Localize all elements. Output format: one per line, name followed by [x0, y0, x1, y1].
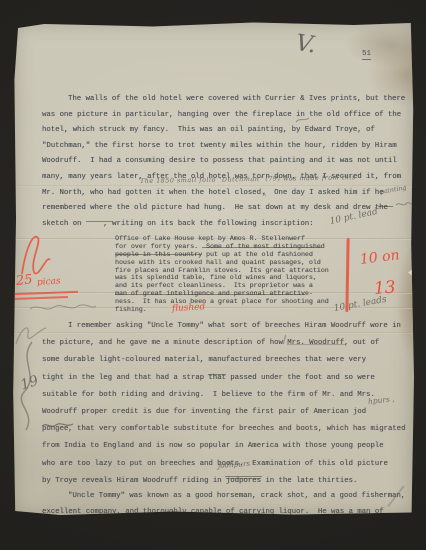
- strikethrough-quote: [115, 294, 305, 295]
- typed-line: "Uncle Tommy" was known as a good horsem…: [42, 488, 412, 504]
- red-flushed-note: flushed: [172, 302, 206, 314]
- red-picas-word: picas: [37, 276, 61, 288]
- typed-line: ness. It has also been a great place for…: [115, 298, 351, 306]
- typed-line: I remember asking "Uncle Tommy" what sor…: [42, 318, 412, 335]
- paper-tear: [408, 268, 414, 277]
- pencil-tick-mark: [295, 116, 311, 124]
- page-number: 51: [362, 50, 371, 60]
- typed-line: Woodruff. I had a consuming desire to po…: [42, 154, 412, 170]
- strikethrough-quote: [202, 247, 322, 248]
- strikethrough-word: [225, 476, 262, 477]
- pencil-underline: [287, 344, 345, 345]
- typed-line: was one picture in particular, hanging o…: [42, 108, 412, 124]
- manuscript-scan: V. 51 The walls of the old hotel were co…: [0, 0, 426, 550]
- pencil-scribble: [28, 300, 98, 316]
- typed-line: Mr. North, who had gotten it when the ho…: [42, 186, 412, 202]
- typed-line: pongee, that very comfortable substitute…: [42, 421, 412, 438]
- red-picas-number: 25: [15, 272, 33, 289]
- pencil-strike-scribble: [41, 421, 75, 430]
- strikethrough-word: [208, 374, 226, 375]
- typed-line: from India to England and is now so popu…: [42, 438, 412, 455]
- typed-line: The walls of the old hotel were covered …: [42, 92, 412, 108]
- strikethrough-the: [378, 206, 393, 207]
- typed-line: suitable for both riding and driving. I …: [42, 387, 412, 404]
- paragraph-3: "Uncle Tommy" was known as a good horsem…: [42, 488, 412, 520]
- insertion-caret: ∧: [262, 191, 266, 198]
- typed-line: the picture, and he gave me a minute des…: [42, 335, 412, 352]
- typed-line: excellent company, and thoroughly capabl…: [42, 504, 412, 520]
- typed-line: fishing.: [115, 306, 351, 314]
- typed-line: tight in the leg and that had a strap th…: [42, 370, 412, 387]
- strikethrough-word: [226, 478, 261, 479]
- strikethrough-quote: [115, 254, 202, 255]
- manuscript-page: V. 51 The walls of the old hotel were co…: [12, 20, 414, 517]
- typed-line: house with its crooked hall and quaint p…: [115, 259, 351, 267]
- strikethrough-word: [86, 221, 112, 222]
- typed-line: "Dutchman," the first horse to trot twen…: [42, 139, 412, 155]
- typed-line: Woodruff proper credit is due for invent…: [42, 404, 412, 421]
- typed-line: Office of Lake House kept by Amos R. Ste…: [115, 235, 351, 243]
- check-mark: V.: [294, 30, 317, 59]
- typed-line: hotel, which struck my fancy. This was a…: [42, 123, 412, 139]
- red-size-note: 10 on: [359, 247, 400, 268]
- pencil-scribble: [395, 200, 413, 209]
- typed-line: some durable light-coloured material, ma…: [42, 352, 412, 369]
